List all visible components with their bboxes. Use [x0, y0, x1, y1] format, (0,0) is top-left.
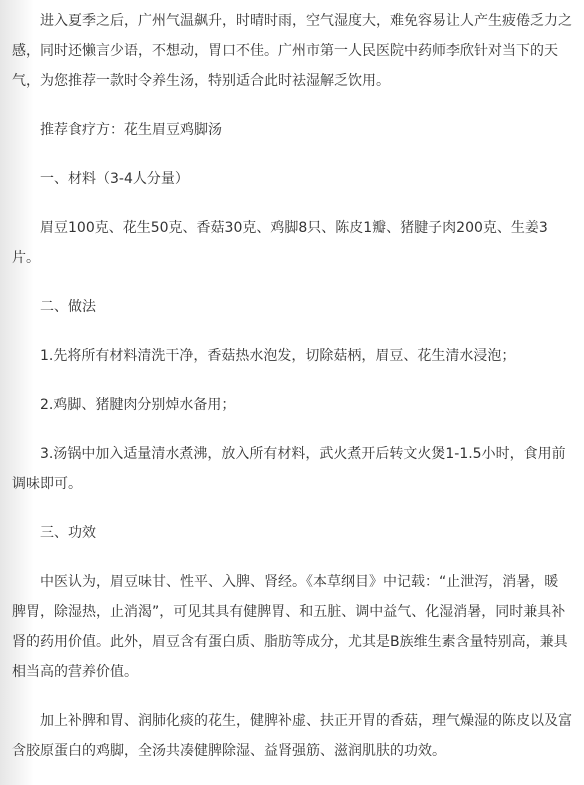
section-heading-ingredients: 一、材料（3-4人分量） — [12, 164, 572, 194]
section-heading-method: 二、做法 — [12, 292, 572, 322]
step-2: 2.鸡脚、猪腱肉分别焯水备用； — [12, 390, 572, 420]
recipe-title: 推荐食疗方：花生眉豆鸡脚汤 — [12, 115, 572, 145]
step-3: 3.汤锅中加入适量清水煮沸，放入所有材料，武火煮开后转文火煲1-1.5小时，食用… — [12, 439, 572, 499]
ingredients-paragraph: 眉豆100克、花生50克、香菇30克、鸡脚8只、陈皮1瓣、猪腱子肉200克、生姜… — [12, 213, 572, 273]
step-1: 1.先将所有材料清洗干净，香菇热水泡发，切除菇柄，眉豆、花生清水浸泡； — [12, 341, 572, 371]
intro-paragraph: 进入夏季之后，广州气温飙升，时晴时雨，空气湿度大，难免容易让人产生疲倦乏力之感，… — [12, 6, 572, 96]
effects-paragraph-1: 中医认为，眉豆味甘、性平、入脾、肾经。《本草纲目》中记载：“止泄泻，消暑，暖脾胃… — [12, 567, 572, 687]
article-body: 进入夏季之后，广州气温飙升，时晴时雨，空气湿度大，难免容易让人产生疲倦乏力之感，… — [12, 6, 572, 689]
section-heading-effects: 三、功效 — [12, 518, 572, 548]
